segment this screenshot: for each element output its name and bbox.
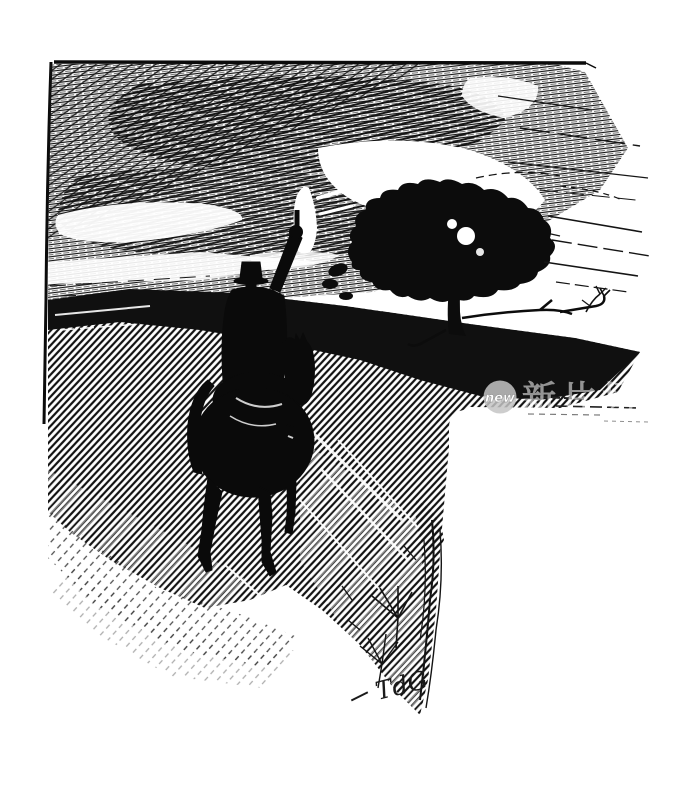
watermark-text: 新片场 [522,379,642,419]
tree-foliage-tuft [339,292,353,300]
canopy-light-gap [457,227,475,245]
signature-flourish [350,692,368,700]
canopy-light-gap [447,219,457,229]
canopy-light-gap [476,248,484,256]
watermark-badge-label: new [485,391,516,406]
tree-foliage-tuft [322,279,338,289]
whitespace-cutout [449,410,680,800]
torch-hand [290,226,303,239]
engraving-illustration: new 新片场 TdG [0,0,680,800]
rider-hat [240,262,262,278]
stock-image-page: new 新片场 TdG [0,0,680,800]
sky-hatching [48,64,648,304]
